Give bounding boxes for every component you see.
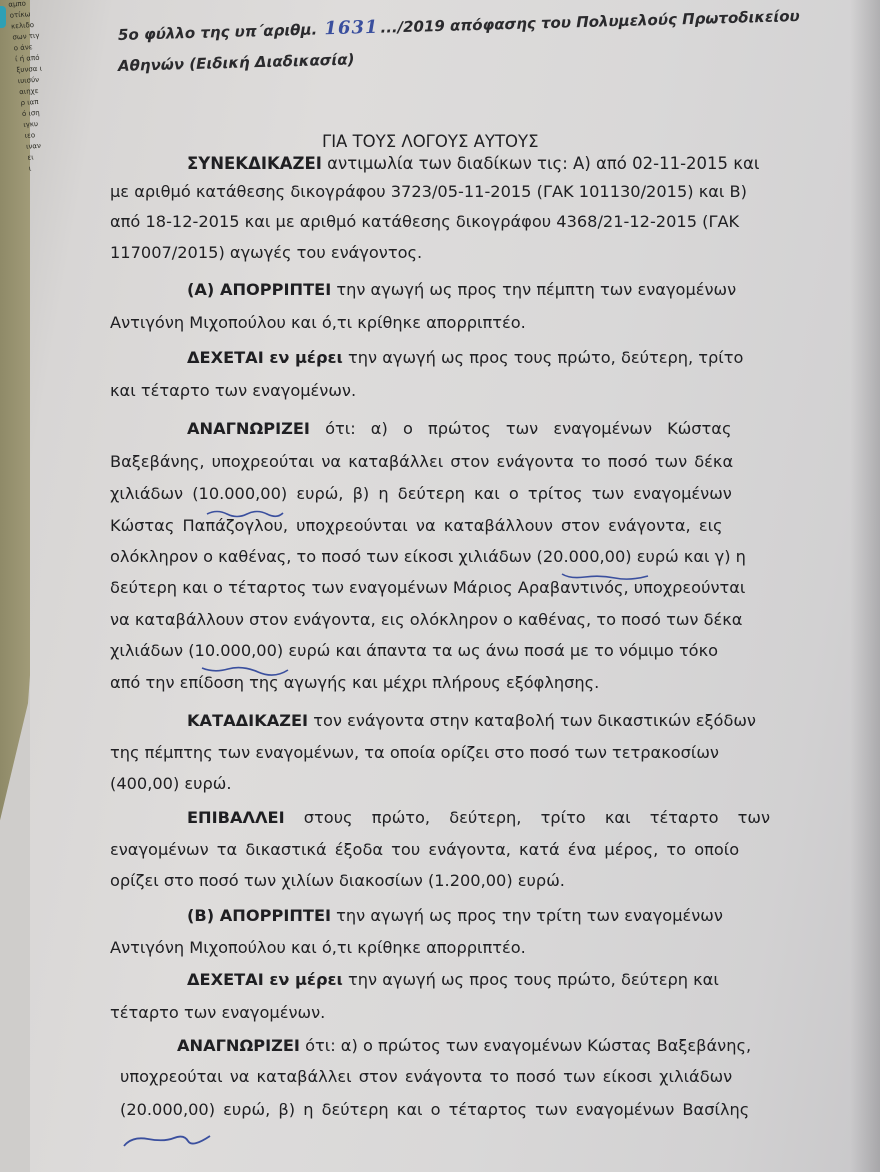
text-line: από 18-12-2015 και με αριθμό κατάθεσης δ… <box>110 212 739 231</box>
text-line: Αντιγόνη Μιχοπούλου και ό,τι κρίθηκε απο… <box>110 938 526 957</box>
keyword: ΣΥΝΕΚΔΙΚΑΖΕΙ <box>187 154 322 173</box>
text: τον ενάγοντα στην καταβολή των δικαστικώ… <box>308 711 756 730</box>
text-line: ορίζει στο ποσό των χιλίων διακοσίων (1.… <box>110 871 565 890</box>
text: την αγωγή ως προς την τρίτη των εναγομέν… <box>331 906 723 925</box>
text-line: της πέμπτης των εναγομένων, τα οποία ορί… <box>110 743 719 762</box>
keyword: ΔΕΧΕΤΑΙ εν μέρει <box>187 970 343 989</box>
page-header-line-2: Αθηνών (Ειδική Διαδικασία) <box>118 50 355 75</box>
text-line: εναγομένων τα δικαστικά έξοδα του ενάγον… <box>110 840 739 859</box>
court-decision-document: 5ο φύλλο της υπ΄αριθμ. 1631.../2019 απόφ… <box>0 0 880 1172</box>
text: αντιμωλία των διαδίκων τις: Α) από 02-11… <box>322 154 760 173</box>
paragraph-recognizes-b: ΑΝΑΓΝΩΡΙΖΕΙ ότι: α) ο πρώτος των εναγομέ… <box>177 1036 751 1055</box>
keyword: ΑΝΑΓΝΩΡΙΖΕΙ <box>187 419 310 438</box>
paragraph-rejects-a: (Α) ΑΠΟΡΡΙΠΤΕΙ την αγωγή ως προς την πέμ… <box>187 280 736 299</box>
header-suffix: .../2019 απόφασης του Πολυμελούς Πρωτοδι… <box>380 7 800 37</box>
handwritten-underline <box>200 663 290 677</box>
text: στους πρώτο, δεύτερη, τρίτο και τέταρτο … <box>285 808 770 827</box>
paragraph-rejects-b: (Β) ΑΠΟΡΡΙΠΤΕΙ την αγωγή ως προς την τρί… <box>187 906 723 925</box>
paragraph-accepts-partially-a: ΔΕΧΕΤΑΙ εν μέρει την αγωγή ως προς τους … <box>187 348 743 367</box>
text-line: (400,00) ευρώ. <box>110 774 232 793</box>
text: την αγωγή ως προς τους πρώτο, δεύτερη κα… <box>343 970 719 989</box>
keyword: ΕΠΙΒΑΛΛΕΙ <box>187 808 285 827</box>
text-line: 117007/2015) αγωγές του ενάγοντος. <box>110 243 422 262</box>
keyword: (Α) ΑΠΟΡΡΙΠΤΕΙ <box>187 280 331 299</box>
paragraph-condemns: ΚΑΤΑΔΙΚΑΖΕΙ τον ενάγοντα στην καταβολή τ… <box>187 711 756 730</box>
text-line: τέταρτο των εναγομένων. <box>110 1003 325 1022</box>
keyword: ΔΕΧΕΤΑΙ εν μέρει <box>187 348 343 367</box>
text-line: (20.000,00) ευρώ, β) η δεύτερη και ο τέτ… <box>120 1100 749 1119</box>
text-line: από την επίδοση της αγωγής και μέχρι πλή… <box>110 673 599 692</box>
text: την αγωγή ως προς την πέμπτη των εναγομέ… <box>331 280 736 299</box>
paragraph-accepts-partially-b: ΔΕΧΕΤΑΙ εν μέρει την αγωγή ως προς τους … <box>187 970 719 989</box>
text-line: χιλιάδων (10.000,00) ευρώ, β) η δεύτερη … <box>110 484 732 503</box>
text: ότι: α) ο πρώτος των εναγομένων Κώστας <box>310 419 732 438</box>
section-title: ΓΙΑ ΤΟΥΣ ΛΟΓΟΥΣ ΑΥΤΟΥΣ <box>322 132 539 151</box>
text-line: και τέταρτο των εναγομένων. <box>110 381 356 400</box>
handwritten-decision-number: 1631 <box>322 17 381 40</box>
text-line: δεύτερη και ο τέταρτος των εναγομένων Μά… <box>110 578 745 597</box>
text-line: Βαξεβάνης, υποχρεούται να καταβάλλει στο… <box>110 452 733 471</box>
text-line: να καταβάλλουν στον ενάγοντα, εις ολόκλη… <box>110 610 742 629</box>
paragraph-joint-hearing: ΣΥΝΕΚΔΙΚΑΖΕΙ αντιμωλία των διαδίκων τις:… <box>187 154 759 173</box>
text-line: Αντιγόνη Μιχοπούλου και ό,τι κρίθηκε απο… <box>110 313 526 332</box>
text: ότι: α) ο πρώτος των εναγομένων Κώστας Β… <box>300 1036 751 1055</box>
page-header-line-1: 5ο φύλλο της υπ΄αριθμ. 1631.../2019 απόφ… <box>118 5 800 45</box>
keyword: ΑΝΑΓΝΩΡΙΖΕΙ <box>177 1036 300 1055</box>
text-line: ολόκληρον ο καθένας, το ποσό των είκοσι … <box>110 547 746 566</box>
handwritten-underline <box>205 508 285 520</box>
handwritten-underline <box>122 1132 212 1150</box>
paragraph-imposes: ΕΠΙΒΑΛΛΕΙ στους πρώτο, δεύτερη, τρίτο κα… <box>187 808 770 827</box>
text-line: Κώστας Παπάζογλου, υποχρεούνται να καταβ… <box>110 516 723 535</box>
paragraph-recognizes-a: ΑΝΑΓΝΩΡΙΖΕΙ ότι: α) ο πρώτος των εναγομέ… <box>187 419 731 438</box>
handwritten-underline <box>560 570 650 582</box>
header-prefix: 5ο φύλλο της υπ΄αριθμ. <box>118 20 323 44</box>
text-line: χιλιάδων (10.000,00) ευρώ και άπαντα τα … <box>110 641 718 660</box>
keyword: ΚΑΤΑΔΙΚΑΖΕΙ <box>187 711 308 730</box>
text-line: με αριθμό κατάθεσης δικογράφου 3723/05-1… <box>110 182 747 201</box>
keyword: (Β) ΑΠΟΡΡΙΠΤΕΙ <box>187 906 331 925</box>
text: την αγωγή ως προς τους πρώτο, δεύτερη, τ… <box>343 348 744 367</box>
text-line: υποχρεούται να καταβάλλει στον ενάγοντα … <box>120 1067 732 1086</box>
